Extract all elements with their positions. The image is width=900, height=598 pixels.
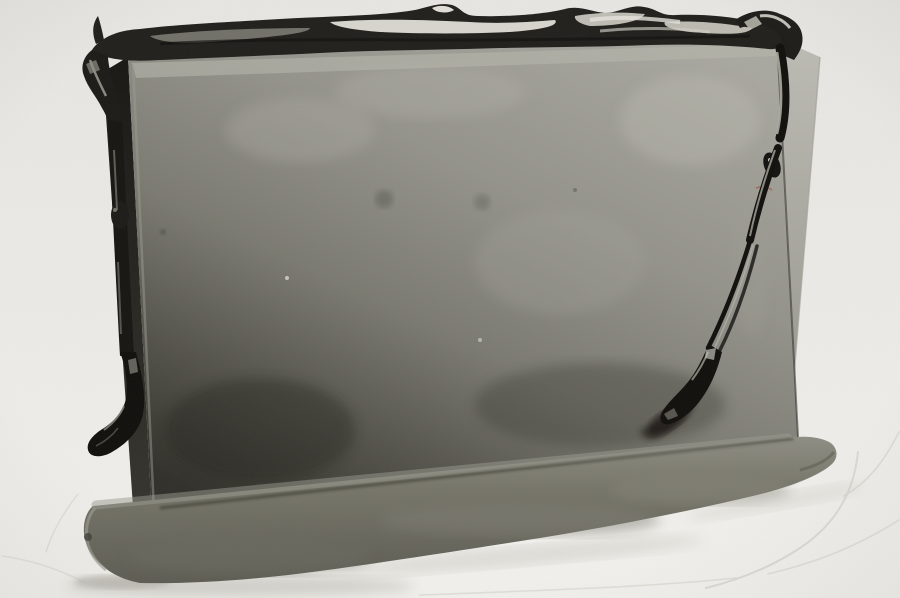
photo-canvas [0,0,900,598]
sculpture-photograph [0,0,900,598]
vignette-overlay [0,0,900,598]
